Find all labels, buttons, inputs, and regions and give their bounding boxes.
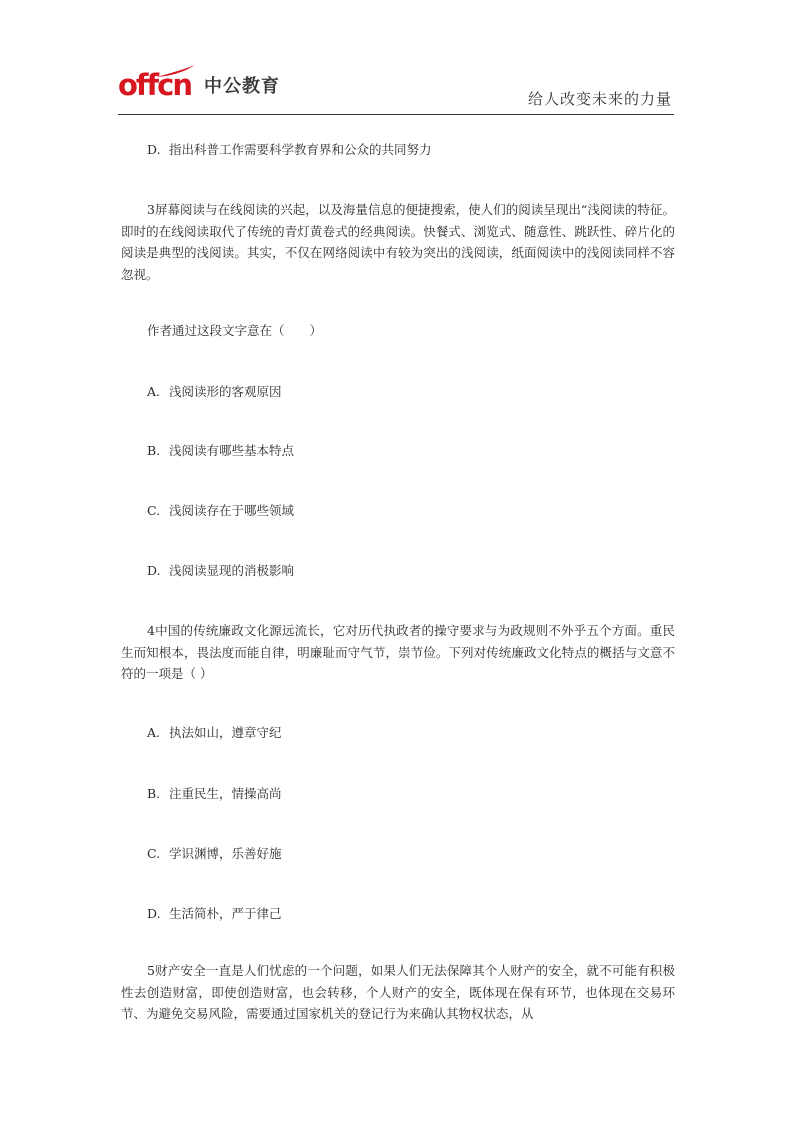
option-text: 学识渊博，乐善好施 xyxy=(169,846,282,861)
option-letter: C. xyxy=(147,501,169,521)
offcn-logo: offcn 中公教育 xyxy=(118,58,280,102)
question-3-passage: 3屏幕阅读与在线阅读的兴起，以及海量信息的便捷搜索，使人们的阅读呈现出“浅阅读的… xyxy=(121,199,675,285)
logo-wordmark: offcn xyxy=(118,71,191,100)
option-text: 指出科普工作需要科学教育界和公众的共同努力 xyxy=(169,142,432,157)
question-5-passage: 5财产安全一直是人们忧虑的一个问题，如果人们无法保障其个人财产的安全，就不可能有… xyxy=(121,960,675,1025)
option-item: C.浅阅读存在于哪些领域 xyxy=(147,501,294,521)
option-text: 生活简朴，严于律己 xyxy=(169,906,282,921)
option-letter: B. xyxy=(147,441,169,461)
option-item: D.生活简朴，严于律己 xyxy=(147,904,282,924)
option-text: 注重民生，情操高尚 xyxy=(169,786,282,801)
option-letter: A. xyxy=(147,382,169,402)
option-text: 浅阅读显现的消极影响 xyxy=(169,563,294,578)
option-text: 浅阅读有哪些基本特点 xyxy=(169,443,294,458)
slogan: 给人改变未来的力量 xyxy=(528,92,672,107)
option-text: 浅阅读形的客观原因 xyxy=(169,384,282,399)
option-text: 执法如山，遵章守纪 xyxy=(169,725,282,740)
option-letter: D. xyxy=(147,561,169,581)
option-item: D.指出科普工作需要科学教育界和公众的共同努力 xyxy=(147,140,432,160)
question-3-prompt: 作者通过这段文字意在（ ） xyxy=(147,321,322,341)
page-header: offcn 中公教育 给人改变未来的力量 xyxy=(118,58,674,116)
option-letter: D. xyxy=(147,140,169,160)
option-letter: A. xyxy=(147,723,169,743)
option-item: A.浅阅读形的客观原因 xyxy=(147,382,282,402)
option-item: B.注重民生，情操高尚 xyxy=(147,784,282,804)
option-item: A.执法如山，遵章守纪 xyxy=(147,723,282,743)
header-divider xyxy=(118,114,674,115)
option-text: 浅阅读存在于哪些领域 xyxy=(169,503,294,518)
option-item: D.浅阅读显现的消极影响 xyxy=(147,561,294,581)
option-item: C.学识渊博，乐善好施 xyxy=(147,844,282,864)
question-4-passage: 4中国的传统廉政文化源远流长，它对历代执政者的操守要求与为政规则不外乎五个方面。… xyxy=(121,620,675,685)
logo-chinese-name: 中公教育 xyxy=(204,78,280,96)
option-letter: B. xyxy=(147,784,169,804)
option-letter: D. xyxy=(147,904,169,924)
option-item: B.浅阅读有哪些基本特点 xyxy=(147,441,294,461)
option-letter: C. xyxy=(147,844,169,864)
logo-mark: offcn xyxy=(118,62,196,102)
